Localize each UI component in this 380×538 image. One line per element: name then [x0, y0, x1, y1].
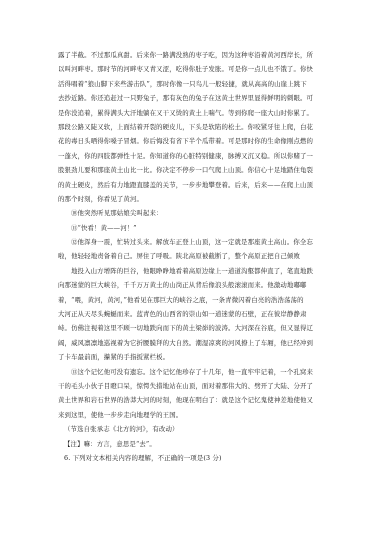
text-line: 的那个时刻，你看见了黄河。 [58, 192, 328, 206]
text-line: 花的毒日头晒得你嗓子冒烟。你后悔没有省下半个瓜带着。可是那时你的生命像刚点燃的 [58, 134, 328, 148]
text-line: 大河正从天尽头蜿蜒而来。蓝青色的山西省的崇山如一道迷蒙的石壁，正在彼岸静静肃 [58, 307, 328, 321]
text-line: 来到这里，使他一步步走向地理学的王国。 [58, 408, 328, 422]
text-line: 地投入山方增阵的巨谷，他眼睁睁地看着高原边缘上一道道沟壑都伸直了，笔直地跌 [58, 264, 328, 278]
text-line: 了卡车最前面，攥紧的手指扳紧栏板。 [58, 350, 328, 364]
text-line: 那段公路又陡又软，上面结着开裂的硬皮儿，下头是软陷的松土。你咬紧牙往上爬，白花 [58, 120, 328, 134]
text-line: 的黄土硬皮，然后有力地蹬直膝盖的关节，一步步地攀登着。后来，后来——在爬上山顶 [58, 178, 328, 192]
question-6: 6. 下列对文本相关内容的理解，不正确的一项是(3 分) [58, 451, 328, 465]
footnote: 【注】嘛：方言，意思是“去”。 [58, 437, 328, 451]
text-line: 阔，威风凛凛地巡视着为它折腰膜拜的大自然。潮湿凉爽的河风撩上了车厢，他已经冲到 [58, 336, 328, 350]
text-line: 黄土世界和岩石世界的浩莽大河的时刻，他现在明白了：就是这个记忆鬼使神差地使他又 [58, 393, 328, 407]
text-line: 去抄近路。你还追赶过一只野兔子，那有灰色的兔子在这黄土世界里显得鲜明的刺眼。可 [58, 91, 328, 105]
text-line: 是你没追着，累得满头大汗地躺在又干又烫的黄土上喘气。等到你爬一座大山时你累了。 [58, 106, 328, 120]
text-line: 以叫河畔枣。那时节的河畔枣又青又涩，吃得你肚子发胀。可是你一点儿也不饿了。你快 [58, 62, 328, 76]
text-line: 啦，他轻轻地责备着自己。屏住了呼吸。陕北高原被截断了，整个高原正把自己倾败 [58, 249, 328, 263]
document-page: 露了半截。不过那瓜真甜。后来你一路满没熟的枣子吃，因为这种枣沿着黄河西岸长，所 … [58, 48, 328, 465]
text-line: 干的毛头小伙子目瞪口呆，惊愕失措地站在山顶，面对着那伟大的、劈开了大陆、分开了 [58, 379, 328, 393]
paragraph-12: ⑫他浑身一震，忙转过头来。解放车正登上山顶，这一定就是那座黄土高山。你全忘 [58, 235, 328, 249]
text-line: 活得唱着“狼山脚下来些游击队”，那时你像一只鸟儿一般轻捷，就从高高的山崖上跳下 [58, 77, 328, 91]
text-line: 一蓬火，你的四肢都弹性十足。你知道你的心脏特别健康，脉搏又沉又稳。所以你赌了一 [58, 149, 328, 163]
source-citation: （节选自张承志《北方的河》，有改动） [58, 422, 328, 436]
paragraph-11: ⑪“快看！黄——河！” [58, 221, 328, 235]
text-line: 向那迷蒙的巨大峡谷，千千万万黄土的山岗正从背后像浪头般滚滚而来。他激动地嘟嘟 [58, 278, 328, 292]
text-line: 着，“喂，黄河，黄河，”他看见在那巨大的峡谷之底，一条青微闪着白亮的浩浩荡荡的 [58, 293, 328, 307]
paragraph-13: ⑬这个记忆他可没有遗忘。这个记忆他珍存了十几年，他一直牢牢记着，一个孔窝来 [58, 365, 328, 379]
text-line: 股狠劲儿要和那座黄土山比一比。你决定不停步一口气爬上山顶。你信心十足地踏住龟裂 [58, 163, 328, 177]
text-line: 露了半截。不过那瓜真甜。后来你一路满没熟的枣子吃，因为这种枣沿着黄河西岸长，所 [58, 48, 328, 62]
text-line: 峙。仿佛注视着这里不顾一切地跌向而下的黄土梁峁的波涛。大河深在谷底，但又显得辽 [58, 321, 328, 335]
paragraph-10: ⑩他突然听见那姑娘尖叫起来： [58, 206, 328, 220]
